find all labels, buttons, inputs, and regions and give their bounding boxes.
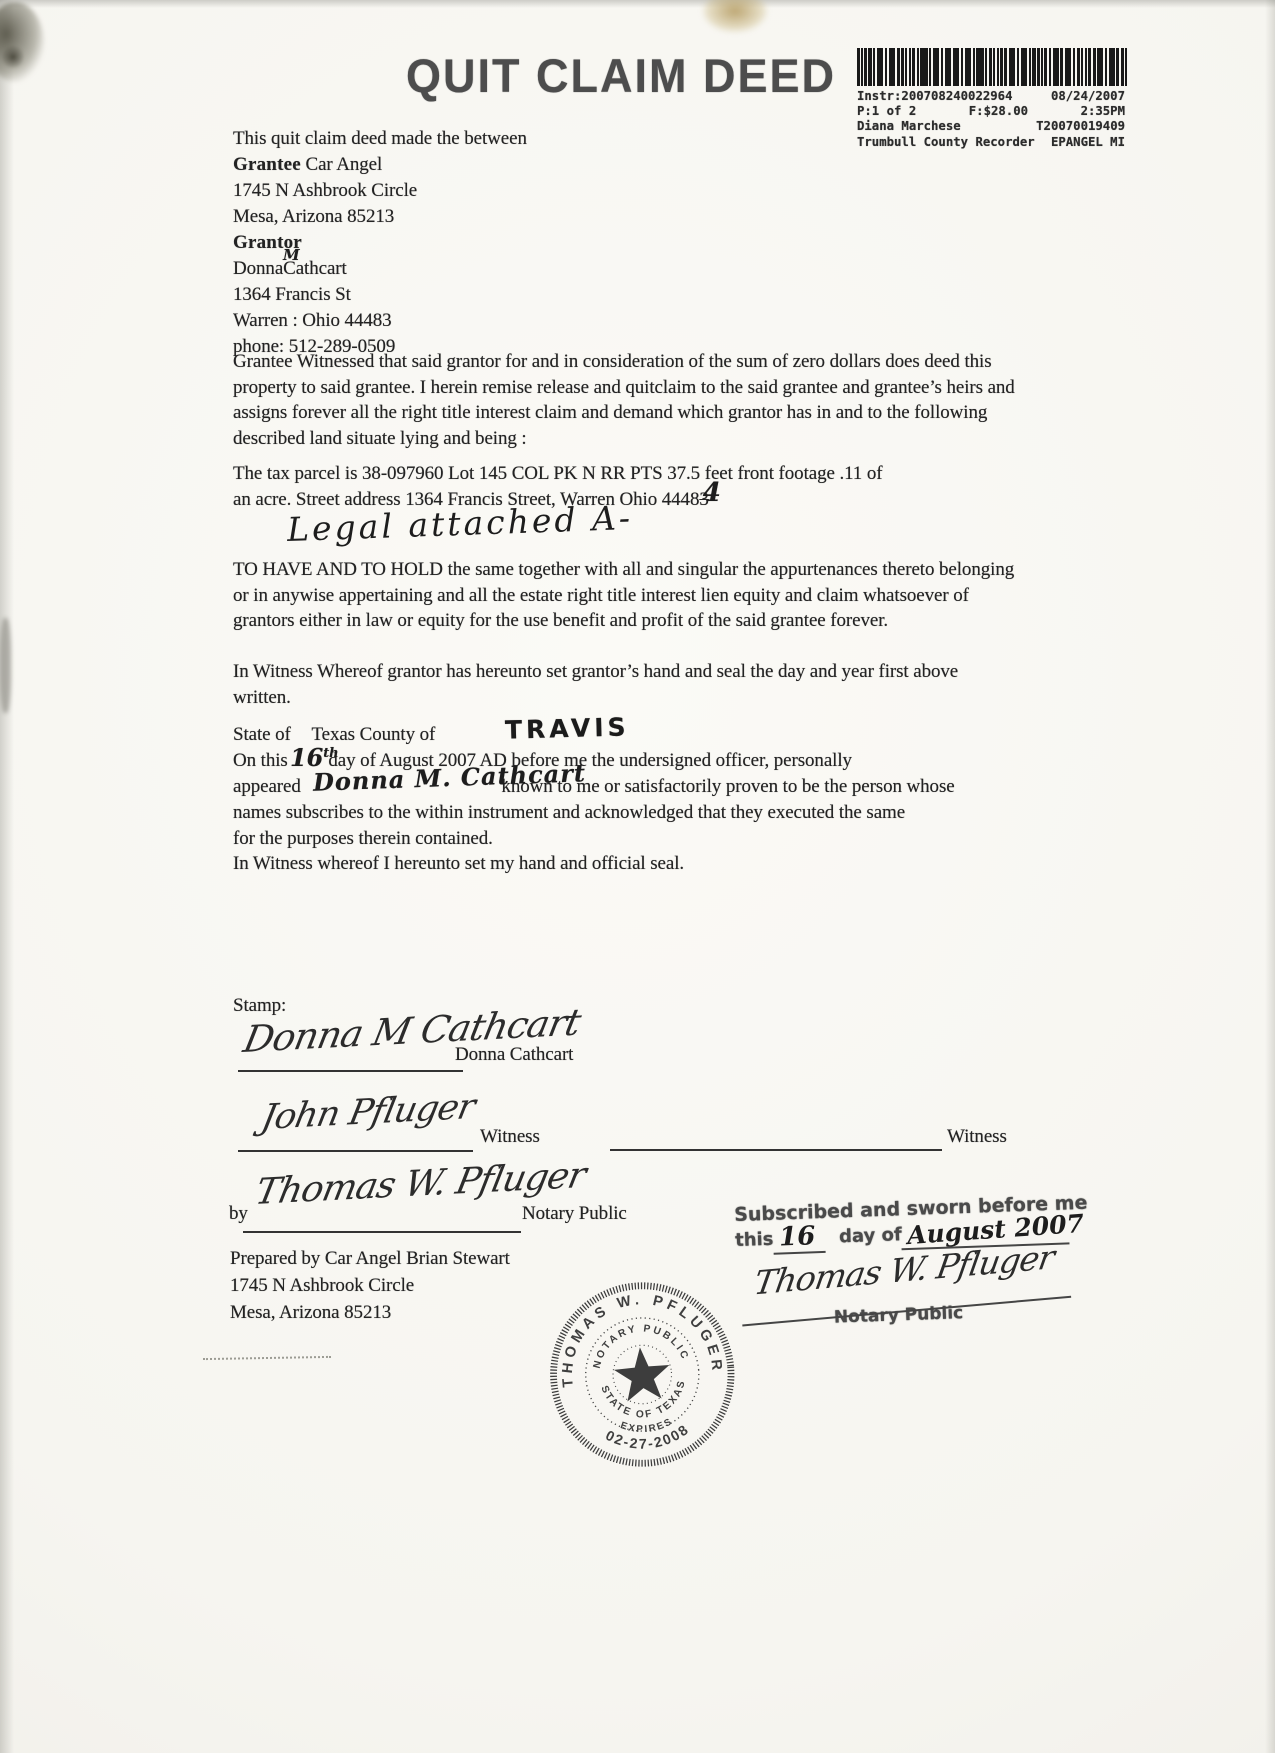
grantor-first-name: Donna	[233, 258, 283, 279]
sworn-stamp: Subscribed and sworn before me this 16 d…	[734, 1192, 1083, 1331]
page-count: P:1 of 2	[857, 104, 916, 119]
witness2-label: Witness	[947, 1124, 1007, 1150]
scan-stain	[2, 44, 24, 70]
recorder-line: P:1 of 2 F:$28.00 2:35PM	[857, 104, 1125, 119]
ack-line3: names subscribes to the within instrumen…	[233, 800, 905, 826]
this-label: this	[735, 1229, 774, 1251]
fee: F:$28.00	[969, 104, 1028, 119]
handwritten-stamp-day: 16	[779, 1221, 816, 1252]
handwritten-day-ordinal: th	[323, 746, 338, 761]
receipt-number: T20070019409	[1036, 119, 1125, 134]
grantor-name-line: DonnaMCathcart	[233, 256, 347, 282]
grantee-city: Mesa, Arizona 85213	[233, 204, 394, 230]
day-of-label: day of	[839, 1224, 902, 1247]
operator-code: EPANGEL MI	[1051, 135, 1125, 150]
handwritten-middle-initial: M	[283, 243, 300, 269]
recorder-stamp: Instr:200708240022964 08/24/2007 P:1 of …	[857, 48, 1129, 150]
witness1-line	[238, 1150, 473, 1152]
signature-line	[238, 1070, 463, 1072]
grantee-street: 1745 N Ashbrook Circle	[233, 178, 417, 204]
scan-edge-shadow	[0, 0, 14, 1753]
notary-seal: THOMAS W. PFLUGER NOTARY PUBLIC STATE OF…	[537, 1269, 749, 1485]
scanned-quit-claim-deed-page: QUIT CLAIM DEED Instr:200708240022964 08…	[0, 0, 1275, 1753]
grantee-label: Grantee	[233, 154, 301, 175]
grantor-city: Warren : Ohio 44483	[233, 308, 392, 334]
recorder-line: Trumbull County Recorder EPANGEL MI	[857, 135, 1125, 150]
testimonium-clause: In Witness Whereof grantor has hereunto …	[233, 659, 1015, 710]
scan-edge-shadow	[0, 0, 1275, 8]
parcel-line1: The tax parcel is 38-097960 Lot 145 COL …	[233, 461, 882, 487]
recorder-line: Instr:200708240022964 08/24/2007	[857, 89, 1125, 104]
scan-stain	[0, 2, 44, 82]
seal-clause: In Witness whereof I hereunto set my han…	[233, 851, 684, 877]
prepared-by-line2: 1745 N Ashbrook Circle	[230, 1273, 414, 1299]
stamp-label: Stamp:	[233, 993, 286, 1019]
barcode-icon	[857, 48, 1129, 86]
notary-signature-line	[243, 1231, 521, 1233]
instrument-number: Instr:200708240022964	[857, 89, 1012, 104]
deed-clause: Grantee Witnessed that said grantor for …	[233, 349, 1015, 451]
state-label: State of	[233, 724, 291, 745]
prepared-by-line1: Prepared by Car Angel Brian Stewart	[230, 1246, 510, 1272]
ack-line4: for the purposes therein contained.	[233, 826, 493, 852]
habendum-clause: TO HAVE AND TO HOLD the same together wi…	[233, 557, 1015, 634]
witness1-label: Witness	[480, 1124, 540, 1150]
recording-date: 08/24/2007	[1051, 89, 1125, 104]
scan-dotted-mark	[203, 1356, 331, 1360]
recorder-office: Trumbull County Recorder	[857, 135, 1035, 150]
handwritten-day: 16th	[290, 741, 338, 771]
on-this-label: On this	[233, 750, 288, 771]
appeared-line: appeared Donna M. Cathcart known to me o…	[233, 774, 955, 800]
prepared-by-line3: Mesa, Arizona 85213	[230, 1300, 391, 1326]
scan-stain	[703, 0, 767, 32]
recording-time: 2:35PM	[1081, 104, 1125, 119]
scan-stain	[0, 618, 11, 713]
grantor-street: 1364 Francis St	[233, 282, 351, 308]
page-title: QUIT CLAIM DEED	[406, 49, 836, 104]
grantor-printed-name: Donna Cathcart	[455, 1042, 573, 1068]
notary-public-label: Notary Public	[522, 1201, 627, 1227]
recorder-line: Diana Marchese T20070019409	[857, 119, 1125, 134]
handwritten-digit-correction: 4	[703, 481, 721, 507]
recorder-name: Diana Marchese	[857, 119, 961, 134]
stamp-day-line	[774, 1251, 826, 1255]
grantee-line: Grantee Car Angel	[233, 152, 382, 178]
by-label: by	[229, 1201, 248, 1227]
witness2-line	[610, 1149, 942, 1151]
notary-seal-graphic: THOMAS W. PFLUGER NOTARY PUBLIC STATE OF…	[537, 1269, 748, 1480]
opening-line: This quit claim deed made the between	[233, 126, 527, 152]
handwritten-county: TRAVIS	[505, 714, 630, 743]
grantee-name: Car Angel	[306, 154, 383, 175]
appeared-label: appeared	[233, 776, 301, 797]
witness1-signature: John Pfluger	[258, 1087, 478, 1138]
scan-edge-shadow	[1265, 0, 1275, 1753]
